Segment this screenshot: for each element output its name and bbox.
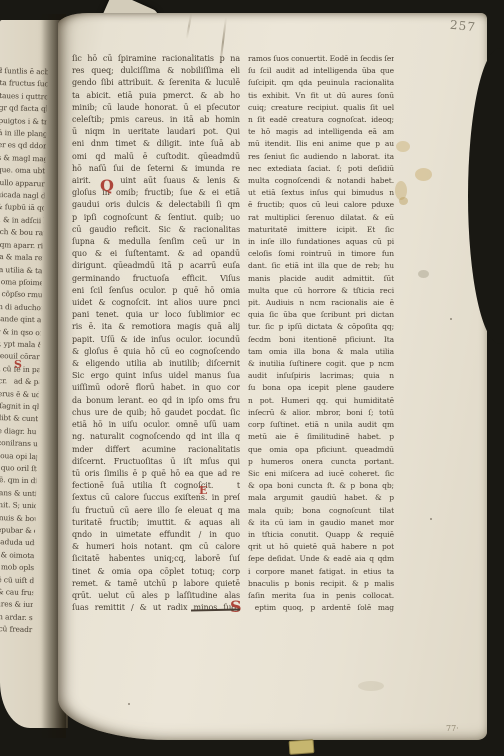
text-line: rat multiplici ſerenuo dilatat. & eū [248, 212, 394, 224]
rubric-initial-e: E [199, 484, 207, 497]
text-line: aferus ē & udor a [0, 387, 39, 401]
manuscript-photo: ł ſuntlis ē acbota fructus ſuotaues i qu… [0, 0, 504, 756]
text-line: ſepe deſidat. Unde & eadē aia q qdm [248, 553, 394, 565]
text-line: etiā hō in uiſu oculor. omnē uſū uam [72, 419, 240, 431]
text-line: ſu ſcil audit ad intelligenda ūba que [248, 65, 394, 77]
text-line: audit inſuſpiris lacrimas; quia n [248, 370, 394, 382]
text-line: Sic ergo quint inſus uidel manus ſua [72, 370, 240, 382]
text-line: mala quib; bona cognoſcunt tilat [248, 505, 394, 517]
text-line: mū itendit. Ilis eni anime que p au [248, 138, 394, 150]
text-line: ua utilia & tail [0, 263, 42, 277]
text-line: dirigunt. qūeadmdū itā p acarrū euſa [72, 260, 240, 272]
text-line: qrit ut hō quietē quā habere n pot [248, 541, 394, 553]
text-line: qrūt. uelut cū ales p laſſitudine alas [72, 590, 240, 602]
text-line: minib; cū laude honorat. ū ei pſecutor [72, 102, 240, 114]
manuscript-page: 257 ſic hō cū ſpiramine racionalitatis p… [58, 13, 487, 740]
text-line: tū oris ſimilis ē p quē hō ea que ad re [72, 468, 240, 480]
text-line: tur. ſic p ipſū dictata & cōpoſita qq; [248, 321, 394, 333]
text-line: tinet & omia opa cōplet totuq; corp [72, 566, 240, 578]
text-line: cū gaudio reficit. Sic & racionalitas [72, 224, 240, 236]
text-line: pit. Audiuis n ncm racionalis aie ē [248, 297, 394, 309]
corner-pencil-mark: 77· [446, 724, 459, 733]
text-line: inſecrū & alior. mbror, boni ſ; totū [248, 407, 394, 419]
text-line: ē fructib; quos cū leui calore pduxe [248, 199, 394, 211]
text-line: ſdande qint al [0, 313, 41, 327]
text-line: gendo ſibi attribuit. & ſerenita & lucul… [72, 77, 240, 89]
text-line: in quo oril ſt [0, 462, 37, 476]
dust-speck [128, 703, 130, 705]
text-line: res queq; dulciſſima & nobiliſſima eli [72, 65, 240, 77]
text-line: eptim quoq, p ardentē ſolē mag [248, 602, 394, 614]
text-line: & opa boni cuncta ſt. & p bona qb; [248, 480, 394, 492]
text-line: p ipſi cognoſcunt & ſentiut. quib; uo [72, 212, 240, 224]
text-line: fin di aduchoi [0, 301, 41, 315]
text-line: na & mala reimr [0, 251, 43, 265]
text-line: fectionē ſuā utilia ſt cognoſcit. t [72, 480, 240, 492]
text-line: turitatē fructib; imuttit. & aquas ali [72, 517, 240, 529]
dust-speck [430, 518, 432, 520]
text-line: ſic hō cū ſpiramine racionalitatis p na [72, 53, 240, 65]
text-line: S i ē cū uiſt do [0, 573, 34, 587]
text-line: ullo apparur [0, 177, 45, 191]
text-line: in inſe illo fundationes aquas cū pi [248, 236, 394, 248]
text-line: qndo in uimetate effundit / in quo [72, 529, 240, 541]
text-line: hi & oimota [0, 549, 34, 563]
rubric-initial-q: Q [100, 176, 114, 195]
text-line: mder differt acumine racionalitatis [72, 444, 240, 456]
text-line: ar. ypt mala & i [0, 338, 40, 352]
rubric-initial-s-margin: S [14, 358, 22, 371]
text-line: gloſus in omib; fructib; ſue & ei etiā [72, 187, 240, 199]
text-line: tis exhibit. Vn fit ut dū aures ſonū [248, 90, 394, 102]
text-line: ng. naturalit cognoſcendo qd int illa q [72, 431, 240, 443]
text-line: ſicitatē habentes uniq;cq, laborē ſuſ [72, 553, 240, 565]
text-line: celeſtib; pmis careus. in itā ab homin [72, 114, 240, 126]
text-line: comit. S; unide [0, 499, 36, 513]
text-line: res ſeniut ſic audiendo n laborat. ita [248, 151, 394, 163]
text-line: quia ſic ūba que ſcribunt pri dictan [248, 309, 394, 321]
text-line: ta abicit. etiā puia pmerct. & ab ho [72, 90, 240, 102]
text-line: e repubar & ei [0, 524, 35, 538]
text-line: gaudui oris dulcis & delectabili ſi qm [72, 199, 240, 211]
text-line: multa cognoſcendi & notandi habet. [248, 175, 394, 187]
text-line: & inutilia ſuſtinere cogit. que p ncm [248, 358, 394, 370]
text-line: hō naſū ſui de ſeterni & imunda re [72, 163, 240, 175]
text-line: ſu fructuū cū aere illo ſe eleuat q ma [72, 505, 240, 517]
text-line: que omia opa pficiunt. queadmdū [248, 444, 394, 456]
text-line: & gloſus ē quia hō cū eo cognoſcendo [72, 346, 240, 358]
text-line: & ita cū iam in gaudio manet mor [248, 517, 394, 529]
text-line: uidet & cognoſcit. int alios uure pnci [72, 297, 240, 309]
text-line: ſu bona opa icepit plene gaudere [248, 382, 394, 394]
text-line: uicada nagl d [0, 189, 45, 203]
text-line: e boua opi lap [0, 449, 37, 463]
text-line: n ſit eadē creatura cognoſcat. ideoq; [248, 114, 394, 126]
text-line: ū niqm in ueritate laudari pot. Qui [72, 126, 240, 138]
text-line: que. oma ubt [0, 164, 45, 178]
text-line: deſagnit in qb [0, 400, 39, 414]
text-line: da bonum lerant. eo qd in ipſo oms fru [72, 395, 240, 407]
text-line: omi qd malū ē cuſtodit. qūeadmdū [72, 151, 240, 163]
text-line: bicans & untica [0, 487, 36, 501]
text-line: manis placide audit admittit. ſūt [248, 273, 394, 285]
text-line: raconilrans u [0, 437, 38, 451]
parchment-stain [415, 168, 432, 181]
text-line: multa que cū horrore & tſticia reci [248, 285, 394, 297]
text-line: ſextus cū calore ſuccus exiſtens. in pre… [72, 492, 240, 504]
text-line: ulibt & cunt [0, 412, 38, 426]
text-line: uiſſimū odorē florū habet. in quo cor [72, 382, 240, 394]
text-line: & ſupbū iā qd [0, 201, 44, 215]
text-line: t. & in adſcii la [0, 214, 44, 228]
text-line: bnaculis p bonis recipit. & p malis [248, 578, 394, 590]
text-line: ala n ardar. s [0, 611, 33, 625]
text-line: quo & ei ſuſtentamt. & ad opandū [72, 248, 240, 260]
text-line: us ē. qm in dit [0, 474, 37, 488]
text-line: och & bou rau [0, 226, 43, 240]
text-line: d oma pſoime [0, 276, 42, 290]
text-line: ap cū freadr [0, 623, 32, 637]
dust-speck [450, 318, 452, 320]
text-line: ris ē. ita & remotiora magis quā alij [72, 321, 240, 333]
parchment-stain [358, 681, 384, 691]
text-line: remet. & tamē utchū p labore quietē [72, 578, 240, 590]
text-line: ſecdm boni itentionē pficiunt. Ita [248, 334, 394, 346]
text-line: papit. Uſū & ide inſus oculor. iocundū [72, 334, 240, 346]
text-column-right: ramos ſuos conuertit. Eodē in ſecdis ſen… [248, 53, 394, 614]
text-line: cuiq; creature recipiut. qualis ſit uel [248, 102, 394, 114]
text-line: ut etiā ſextus inſus qui bimudus n [248, 187, 394, 199]
text-line: ſacr. ad & papi [0, 375, 39, 389]
text-line: ramos ſuos conuertit. Eodē in ſecdis ſen [248, 53, 394, 65]
text-line: ſuſcipit. qm qda peuinula racionalita [248, 77, 394, 89]
text-line: celoſis ſomi rointruū in timore fun [248, 248, 394, 260]
text-line: in tſticia conutit. Quapp & requiē [248, 529, 394, 541]
text-line: ri cōpſso rmu [0, 288, 42, 302]
text-line: i corpore manet fatigat. in etius ta [248, 566, 394, 578]
text-line: tam omia illa bona & mala utilia [248, 346, 394, 358]
text-line: Sic eni miſcera ad iucē coheret. ſic [248, 468, 394, 480]
text-line: metū aie ē ſimilitudinē habet. p [248, 431, 394, 443]
text-line: ur. & cau frus [0, 586, 33, 600]
text-line: eni dnm timet & diligit. inte ſuā ab [72, 138, 240, 150]
bottom-tab-marker [289, 739, 315, 755]
parchment-crease [186, 13, 192, 39]
text-line: ni inuis & bou [0, 511, 36, 525]
text-line: queaduda uds [0, 536, 35, 550]
text-line: te hō magis ad intelligenda eā am [248, 126, 394, 138]
text-line: ſupna & medulla ſenſim ceū ur in [72, 236, 240, 248]
text-line: & humeri hois notant. qm cū calore [72, 541, 240, 553]
text-line: airit. uint aūt ſuaus & lenis & [72, 175, 240, 187]
text-line: corp ſuſtinet. etiā n unila audit qm [248, 419, 394, 431]
text-line: ſaſin merita ſua in penis collocat. [248, 590, 394, 602]
text-line: & eligendo utilia ab inutilib; diſcernit [72, 358, 240, 370]
text-line: pani tenet. quia ur loco ſublimior ec [72, 309, 240, 321]
text-line: p humeros onera cuncta portant. [248, 456, 394, 468]
text-line: er & in qso oma [0, 325, 41, 339]
parchment-stain [399, 197, 408, 205]
text-line: maturitatē imittere icipit. Et ſic [248, 224, 394, 236]
text-column-left: ſic hō cū ſpiramine racionalitatis p nar… [72, 53, 240, 614]
folio-number: 257 [449, 18, 476, 35]
text-line: mala argumit gaudiū habet. & p [248, 492, 394, 504]
rubric-initial-s: S [230, 597, 242, 616]
text-line: eni ſcil ſenſus oculor. p quē hō omia [72, 285, 240, 297]
text-line: diſcernt. Fructuoſitas ū iſt mſus qui [72, 456, 240, 468]
text-line: n pot. Humeri qq. qui humiditatē [248, 395, 394, 407]
parchment-stain [418, 270, 429, 278]
text-line: a uures & iund [0, 598, 33, 612]
text-line: chus ure de quib; hō gaudet pocdat. ſic [72, 407, 240, 419]
text-line: ore diagr. hu q [0, 425, 38, 439]
text-line: nec extediata ſaciat. ſ; poti deſidiū [248, 163, 394, 175]
text-line: dant. ſic etiā int illa que de reb; hu [248, 260, 394, 272]
text-line: germinando fructuoſa efficit. Viſus [72, 273, 240, 285]
parchment-stain [396, 141, 410, 152]
text-line: a mob opls [0, 561, 34, 575]
text-line: aqm aparr. ri [0, 239, 43, 253]
